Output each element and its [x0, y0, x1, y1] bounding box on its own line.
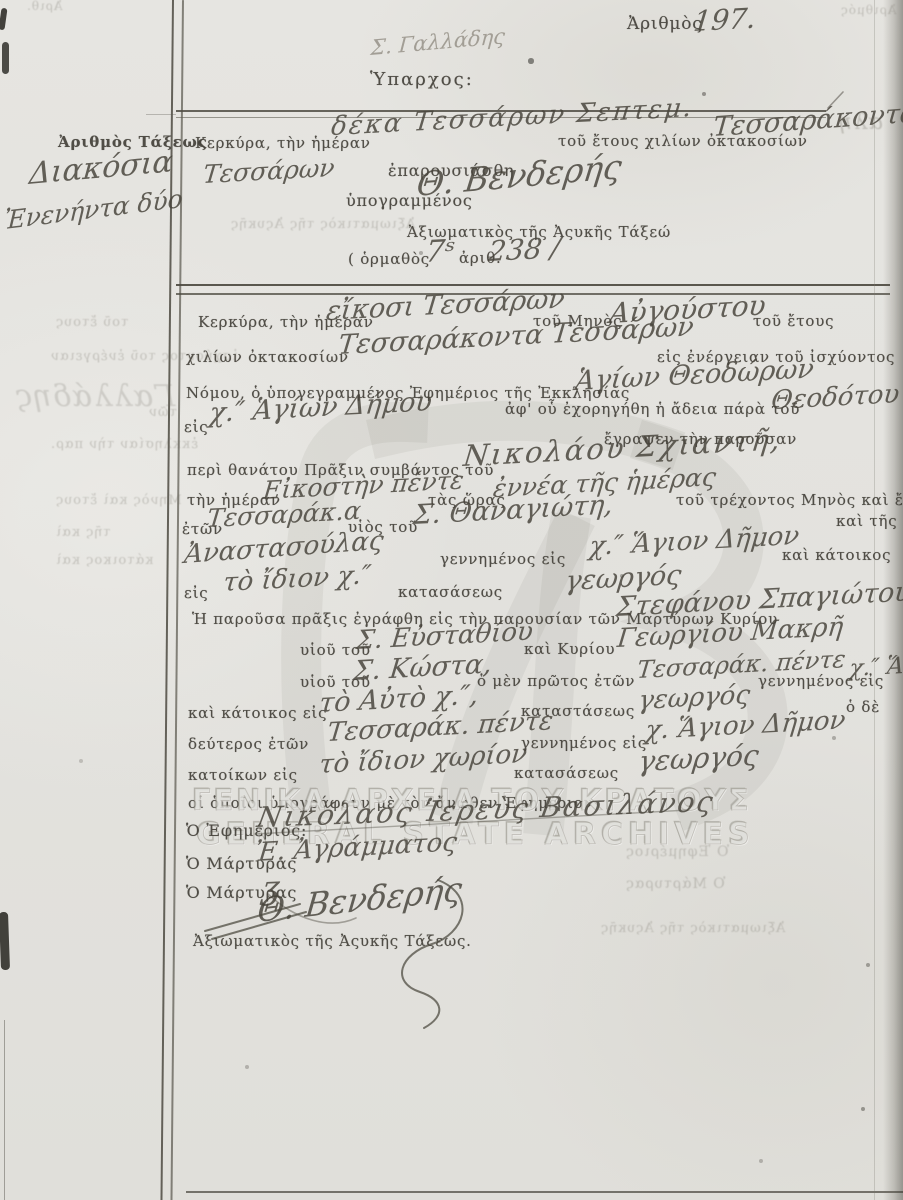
register-number-label: Ἀριθμὸς	[627, 16, 703, 33]
act-l4-pre: εἰς	[184, 420, 208, 435]
act-l8-age-hw: Τεσσαράκ.α	[206, 498, 362, 531]
officer-title: Ἀξιωματικὸς τῆς Ἀςυκῆς Τάξεως.	[193, 934, 472, 949]
act-l16-mid: κατασάσεως	[514, 766, 619, 781]
act-l14-occupation-hw: γεωργός	[637, 682, 751, 714]
act-l8-post: καὶ τῆς	[836, 514, 897, 529]
bleedthrough-text: Ἀξιωματικὸς τῆς Ἀςυκῆς	[230, 218, 415, 231]
bleedthrough-text: Ἀριθμός	[840, 4, 896, 16]
act-l14-pre: καὶ κάτοικος εἰς	[188, 706, 327, 721]
binding-mark	[0, 8, 8, 31]
decl-officer-signature: Θ. Βενδερής	[415, 150, 624, 201]
bundle-label: ( ὁρμαθὸς	[348, 252, 430, 267]
act-l13-village-hw: χ.″ Ἅγιον Δῆμον	[848, 648, 903, 681]
act-l13-mid: ὁ μὲν πρῶτος ἐτῶν	[477, 674, 635, 689]
bleedthrough-handwriting: αλη	[838, 112, 883, 134]
act-l10-village-hw: τὸ ἴδιον χ.″	[222, 562, 372, 596]
act-l4-mid: ἀφ' οὗ ἐχορηγήθη ἡ ἄδεια πάρὰ τοῦ	[505, 402, 800, 417]
act-l7-post: τοῦ τρέχοντος Μηνὸς καὶ ἔτους	[676, 493, 903, 508]
bleedthrough-text: ἐκκλησίαν τὴν παρ.	[50, 438, 198, 451]
binding-mark	[2, 42, 9, 74]
act-l1-post: τοῦ ἔτους	[753, 314, 834, 329]
officer-signature: Θ. Βενδερής	[256, 872, 464, 927]
bleedthrough-text: Ὁ Μάρτυρας	[625, 877, 725, 891]
act-l12-father1-hw: Σ. Εὐσταθίου	[355, 619, 534, 654]
act-l10-mid: κατασάσεως	[398, 585, 503, 600]
horizontal-rule-bottom	[186, 1191, 903, 1193]
act-l10-pre: εἰς	[184, 586, 208, 601]
bundle-value-handwritten: 7ˢ	[424, 236, 456, 268]
act-l9-mid: γεννημένος εἰς	[440, 552, 566, 567]
bleedthrough-text: Μηνὸς καὶ ἔτους	[55, 494, 182, 507]
subheader-yparchos: Ὑπαρχος:	[370, 71, 474, 89]
bleedthrough-text: τῶν	[148, 406, 177, 419]
bleedthrough-text: Ἀριθ.	[26, 0, 62, 12]
act-number-value-handwritten: 238 /	[487, 234, 562, 266]
act-l14-post: ὁ δὲ	[846, 700, 880, 715]
act-l16-pre: κατοίκων εἰς	[188, 768, 298, 783]
act-l16-occupation-hw: γεωργός	[637, 742, 760, 776]
order-number-value-line2: Ἐνενήντα δύο	[4, 186, 183, 233]
bleedthrough-text: τοῦ ἔτους	[55, 316, 128, 329]
pencil-annotation: Σ. Γαλλάδης	[370, 26, 506, 59]
decl-year-handwritten-2: Τεσσάρων	[202, 155, 336, 187]
left-fold-line	[4, 1020, 5, 1200]
act-l15-mid: γεννημένος εἰς	[521, 736, 647, 751]
bleedthrough-text: Ἀξιωματικὸς τῆς Ἀςυκῆς	[600, 922, 785, 935]
act-l4-authority-hw: Θεοδότου	[770, 381, 901, 414]
bleedthrough-text: τῆς καὶ	[55, 526, 110, 539]
act-l15-pre: δεύτερος ἐτῶν	[188, 737, 309, 752]
paper-specks	[0, 0, 2, 2]
bleedthrough-text: ἰσχύοντος τοῦ ἐνέργειαν	[50, 350, 238, 363]
register-number-value: 197.	[692, 5, 757, 36]
bleedthrough-text: Ὁ Ἐφημέριος	[625, 845, 729, 859]
scanned-document-page: Ἀριθμὸς 197. Σ. Γαλλάδης Ὑπαρχος: Ἀριθμὸ…	[0, 0, 903, 1200]
act-l9-post: καὶ κάτοικος	[782, 548, 891, 563]
horizontal-rule-top-stub	[146, 114, 176, 115]
bleedthrough-text: κάτοικος καὶ	[55, 554, 153, 567]
act-l12-mid: καὶ Κυρίου	[524, 642, 615, 657]
order-number-value-line1: Διακόσια	[28, 147, 174, 190]
act-l6-deceased-name-hw: Νικολάου Σχιαντῆ,	[462, 425, 783, 471]
act-l9-village-hw: χ.″ Ἅγιον Δῆμον	[588, 523, 800, 560]
binding-mark	[0, 912, 10, 970]
